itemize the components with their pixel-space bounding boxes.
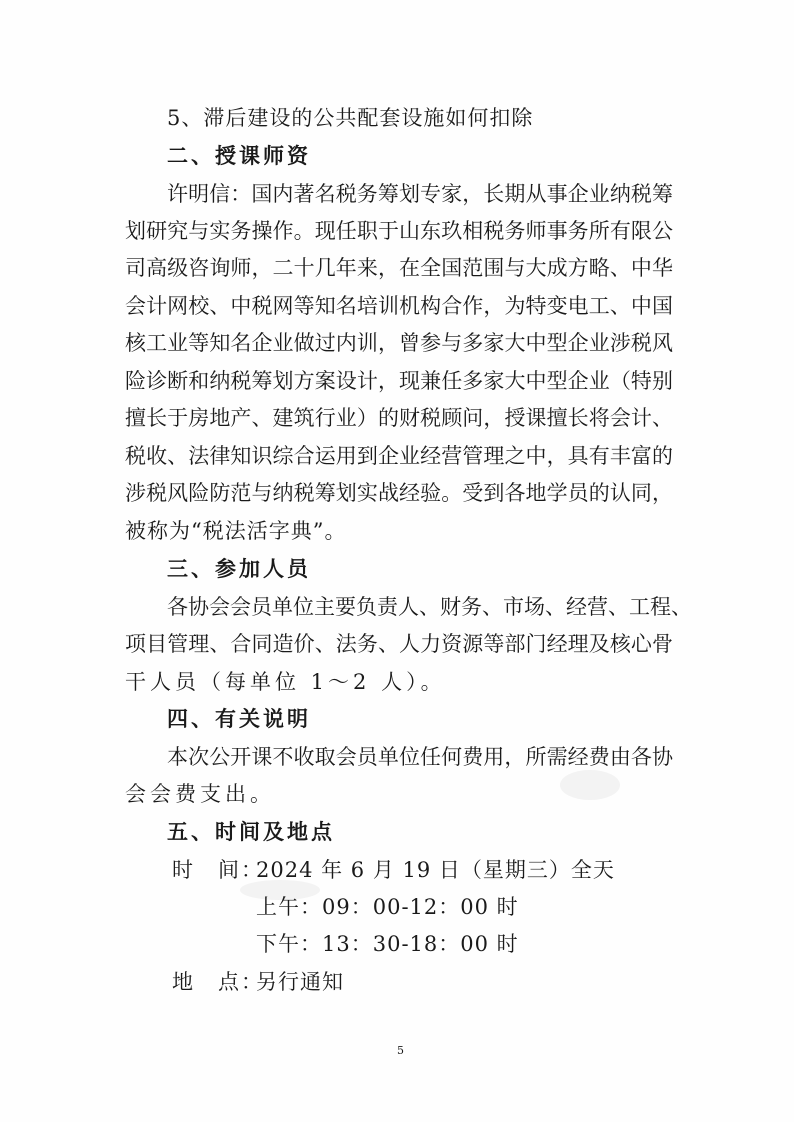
paragraph-line: 司高级咨询师，二十几年来，在全国范围与大成方略、中华: [125, 254, 673, 282]
list-item-5: 5、滞后建设的公共配套设施如何扣除: [167, 104, 715, 132]
paragraph-line: 会计网校、中税网等知名培训机构合作，为特变电工、中国: [125, 292, 673, 320]
paragraph-line: 划研究与实务操作。现任职于山东玖相税务师事务所有限公: [125, 217, 673, 245]
section-heading-time-place: 五、时间及地点: [167, 818, 715, 846]
document-page: 5、滞后建设的公共配套设施如何扣除 二、授课师资 许明信：国内著名税务筹划专家，…: [0, 0, 794, 1122]
paragraph-line: 被称为“税法活字典”。: [125, 517, 673, 545]
paragraph-line: 涉税风险防范与纳税筹划实战经验。受到各地学员的认同，: [125, 479, 673, 507]
section-heading-participants: 三、参加人员: [167, 555, 715, 583]
paragraph-line: 险诊断和纳税筹划方案设计，现兼任多家大中型企业（特别: [125, 367, 673, 395]
paragraph-line: 干人员（每单位 1～2 人）。: [125, 668, 673, 696]
paragraph-line: 擅长于房地产、建筑行业）的财税顾问，授课擅长将会计、: [125, 404, 673, 432]
section-heading-notes: 四、有关说明: [167, 705, 715, 733]
section-heading-instructor: 二、授课师资: [167, 142, 715, 170]
paragraph-line: 会会费支出。: [125, 780, 673, 808]
afternoon-schedule: 下午：13：30-18：00 时: [256, 930, 794, 958]
paragraph-line: 许明信：国内著名税务筹划专家，长期从事企业纳税筹: [167, 180, 673, 208]
time-value: 2024 年 6 月 19 日（星期三）全天: [256, 856, 794, 884]
morning-schedule: 上午：09：00-12：00 时: [256, 893, 794, 921]
paragraph-line: 各协会会员单位主要负责人、财务、市场、经营、工程、: [167, 593, 673, 621]
paragraph-line: 核工业等知名企业做过内训，曾参与多家大中型企业涉税风: [125, 329, 673, 357]
page-number: 5: [397, 1044, 404, 1057]
paragraph-line: 税收、法律知识综合运用到企业经营管理之中，具有丰富的: [125, 442, 673, 470]
paragraph-line: 项目管理、合同造价、法务、人力资源等部门经理及核心骨: [125, 630, 673, 658]
paragraph-line: 本次公开课不收取会员单位任何费用，所需经费由各协: [167, 743, 673, 771]
place-value: 另行通知: [256, 968, 794, 996]
